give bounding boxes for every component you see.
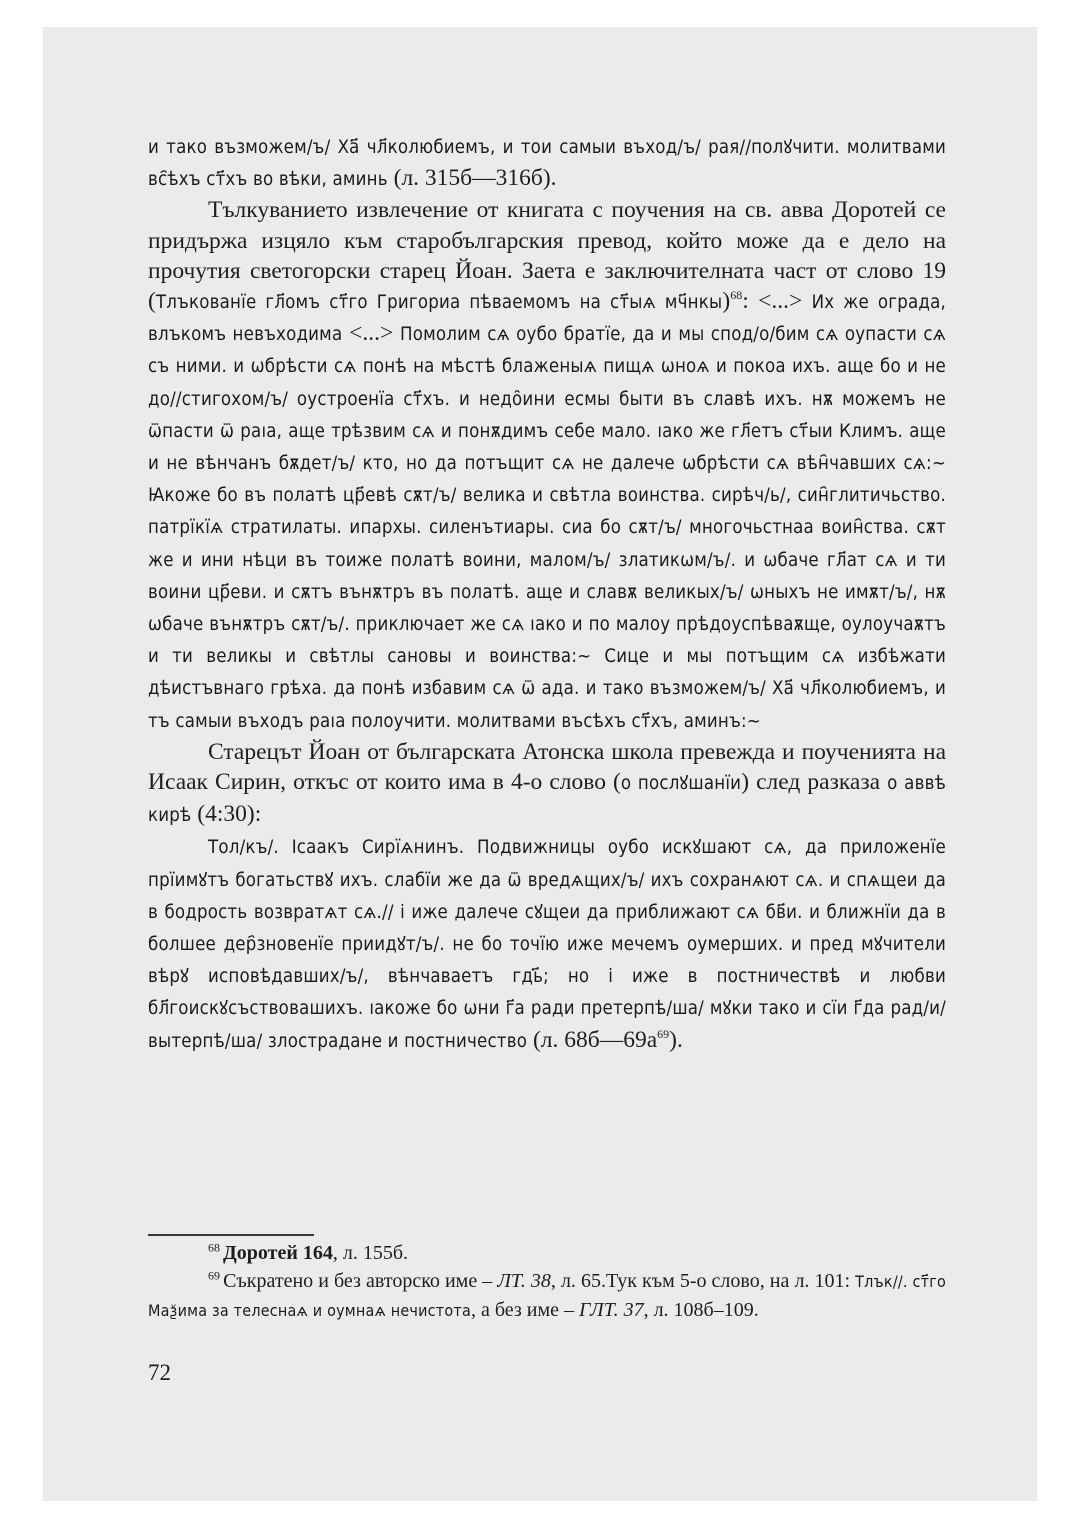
body-text-span: , л. 108б–109.	[644, 1299, 759, 1321]
body-text-span: )	[722, 288, 730, 314]
church-slavonic-quote: Тол/къ/. Ісаакъ Сирїѧнинъ. Подвижницы оу…	[148, 837, 946, 1051]
manuscript-siglum: ЛТ. 38	[497, 1270, 551, 1292]
body-text-span: , л. 155б.	[333, 1242, 408, 1264]
main-text-column: и тако възможем/ъ/ Ха҃ чл҃колюбиемъ, и т…	[148, 131, 946, 1057]
footnote-reference[interactable]: 68	[730, 288, 742, 302]
church-slavonic-quote: Тлъкованїе гл҃омъ ст҃го Григориа пѣваемо…	[156, 292, 723, 313]
church-slavonic-quote: Помолим сѧ оубо братїе, да и мы спод/о/б…	[148, 324, 946, 731]
church-slavonic-quote: о послꙋшанїи	[621, 773, 741, 794]
page-number: 72	[148, 1360, 171, 1386]
body-text-span: (л. 68б—69а	[527, 1027, 657, 1053]
source-title: Доротей 164	[223, 1242, 333, 1264]
body-text-span: ) след разказа	[741, 769, 887, 795]
paragraph-quote-ending: и тако възможем/ъ/ Ха҃ чл҃колюбиемъ, и т…	[148, 131, 946, 195]
footnote-reference[interactable]: 69	[657, 1027, 669, 1041]
book-page: и тако възможем/ъ/ Ха҃ чл҃колюбиемъ, и т…	[43, 27, 1037, 1501]
body-text-span: : <...>	[742, 288, 811, 314]
body-text-span: (4:30):	[191, 801, 261, 827]
paragraph-isaac-syrian-quote: Тол/къ/. Ісаакъ Сирїѧнинъ. Подвижницы оу…	[148, 831, 946, 1056]
footnote-number: 69	[208, 1268, 223, 1282]
footnote-68: 68 Доротей 164, л. 155б.	[148, 1239, 946, 1267]
body-text-span: <...>	[342, 320, 400, 346]
footnote-number: 68	[208, 1240, 223, 1254]
body-text-span: ).	[669, 1027, 683, 1053]
body-text-span: , а без име –	[471, 1299, 579, 1321]
paragraph-dorotheus-commentary: Тълкуванието извлечение от книгата с поу…	[148, 195, 946, 736]
body-text-span: Съкратено и без авторско име –	[223, 1270, 497, 1292]
manuscript-siglum: ГЛТ. 37	[579, 1299, 644, 1321]
body-text-span: , л. 65.Тук към 5-о слово, на л. 101:	[551, 1270, 855, 1292]
footnote-separator-rule	[148, 1234, 314, 1236]
footnotes: 68 Доротей 164, л. 155б. 69 Съкратено и …	[148, 1239, 946, 1325]
footnote-69: 69 Съкратено и без авторско име – ЛТ. 38…	[148, 1267, 946, 1325]
paragraph-isaac-syrian-intro: Старецът Йоан от българската Атонска шко…	[148, 737, 946, 832]
body-text-span: (л. 315б—316б).	[388, 165, 557, 191]
